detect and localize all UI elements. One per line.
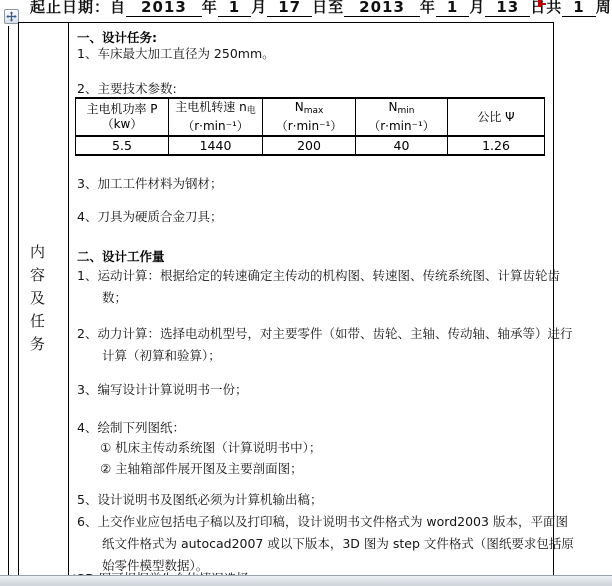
document-page: 起止日期：自2013年1月17日至2013年1月13日共1周 内容及任务 一、设…: [0, 0, 612, 586]
year-unit: 年: [202, 0, 218, 16]
date-label: 起止日期：: [30, 0, 110, 16]
four-arrows-icon: [6, 11, 17, 22]
date-mid-label: 日至: [312, 0, 344, 16]
row-header-cell: 内容及任务: [19, 22, 68, 575]
value-n-min: 40: [356, 136, 448, 155]
from-year-field[interactable]: 2013: [126, 0, 202, 17]
work-item-3: 3、编写设计计算说明书一份；: [77, 379, 580, 401]
header-motor-speed: 主电机转速 n电 （r·min⁻¹）: [169, 98, 263, 136]
to-year-field[interactable]: 2013: [344, 0, 420, 17]
task-item-4: 4、刀具为硬质合金刀具；: [77, 206, 580, 228]
task-item-1: 1、车床最大加工直径为 250mm。: [77, 43, 580, 65]
to-year-unit: 年: [420, 0, 436, 16]
work-item-5: 5、设计说明书及图纸必须为计算机输出稿；: [77, 489, 580, 511]
month-unit: 月: [251, 0, 267, 16]
work-item-4: 4、绘制下列图纸：: [77, 417, 580, 439]
parameters-header-row: 主电机功率 P （kw） 主电机转速 n电 （r·min⁻¹） Nmax（r·m…: [76, 98, 545, 136]
work-item-4-sub-2: ② 主轴箱部件展开图及主要剖面图；: [100, 458, 550, 480]
work-item-2: 2、动力计算：选择电动机型号，对主要零件（如带、齿轮、主轴、传动轴、轴承等）进行…: [77, 323, 580, 367]
parameters-table: 主电机功率 P （kw） 主电机转速 n电 （r·min⁻¹） Nmax（r·m…: [75, 97, 545, 156]
task-item-3: 3、加工工件材料为钢材；: [77, 173, 580, 195]
row-header-label: 内容及任务: [30, 241, 46, 356]
from-month-field[interactable]: 1: [218, 0, 251, 17]
date-from-prefix: 自: [110, 0, 126, 16]
value-ratio: 1.26: [448, 136, 545, 155]
header-ratio: 公比 Ψ: [448, 98, 545, 136]
date-line: 起止日期：自2013年1月17日至2013年1月13日共1周: [30, 0, 612, 17]
parameters-value-row: 5.5 1440 200 40 1.26: [76, 136, 545, 155]
value-motor-speed: 1440: [169, 136, 263, 155]
work-item-4-sub-1: ① 机床主传动系统图（计算说明书中）；: [100, 437, 550, 459]
window-bottom-edge: [0, 575, 612, 586]
header-n-min: Nmin（r·min⁻¹）: [356, 98, 448, 136]
from-day-field[interactable]: 17: [267, 0, 312, 17]
value-n-max: 200: [263, 136, 356, 155]
header-motor-power: 主电机功率 P （kw）: [76, 98, 169, 136]
table-move-handle-icon[interactable]: [4, 9, 19, 24]
to-month-field[interactable]: 1: [436, 0, 469, 17]
work-item-1: 1、运动计算：根据给定的转速确定主传动的机构图、转速图、传统系统图、计算齿轮齿数…: [77, 265, 580, 309]
page-left-border: [8, 26, 9, 575]
content-cell: 一、设计任务: 1、车床最大加工直径为 250mm。 2、主要技术参数: 主电机…: [68, 22, 553, 575]
clipped-red-text-fragment: [537, 0, 547, 9]
header-n-max: Nmax（r·min⁻¹）: [263, 98, 356, 136]
value-motor-power: 5.5: [76, 136, 169, 155]
to-day-field[interactable]: 13: [485, 0, 530, 17]
to-month-unit: 月: [469, 0, 485, 16]
weeks-field[interactable]: 1: [562, 0, 595, 17]
weeks-unit: 周: [596, 0, 612, 16]
